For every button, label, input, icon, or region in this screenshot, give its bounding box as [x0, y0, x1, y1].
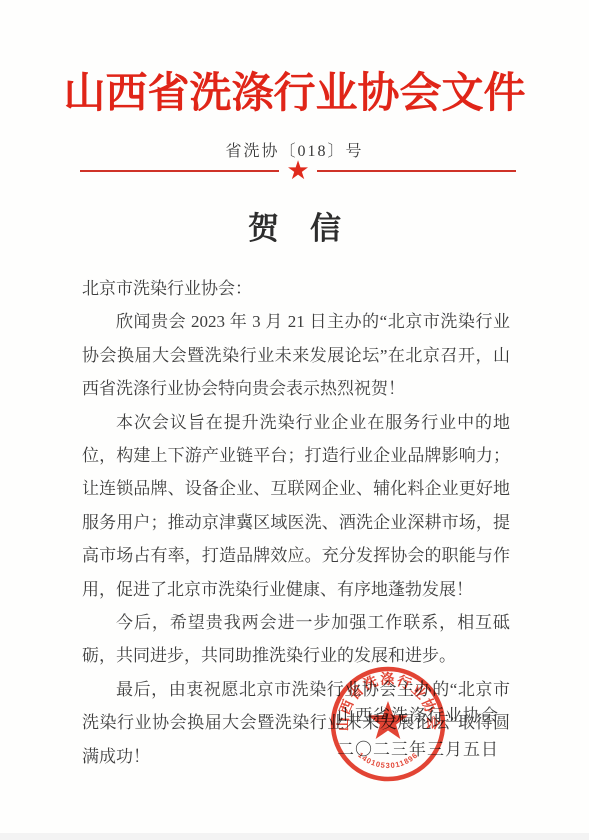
page-bottom-strip: [0, 833, 589, 840]
red-divider: ★: [80, 158, 516, 184]
signature-name: 山西省洗涤行业协会: [337, 701, 499, 726]
letter-body: 北京市洗染行业协会： 欣闻贵会 2023 年 3 月 21 日主办的“北京市洗染…: [82, 272, 510, 773]
body-paragraph: 本次会议旨在提升洗染行业企业在服务行业中的地位，构建上下游产业链平台；打造行业企…: [82, 406, 510, 606]
divider-line-left: [80, 170, 279, 172]
salutation: 北京市洗染行业协会：: [82, 272, 510, 305]
body-paragraph: 欣闻贵会 2023 年 3 月 21 日主办的“北京市洗染行业协会换届大会暨洗染…: [82, 305, 510, 405]
letter-heading: 贺 信: [0, 203, 589, 248]
star-icon: ★: [286, 158, 309, 184]
document-title: 山西省洗涤行业协会文件: [0, 60, 589, 120]
divider-line-right: [317, 170, 516, 172]
document-page: 山西省洗涤行业协会文件 省洗协〔018〕号 ★ 贺 信 北京市洗染行业协会： 欣…: [0, 0, 589, 840]
body-paragraph: 今后，希望贵我两会进一步加强工作联系，相互砥砺，共同进步，共同助推洗染行业的发展…: [82, 606, 510, 673]
signature-date: 二〇二三年三月五日: [337, 735, 499, 760]
